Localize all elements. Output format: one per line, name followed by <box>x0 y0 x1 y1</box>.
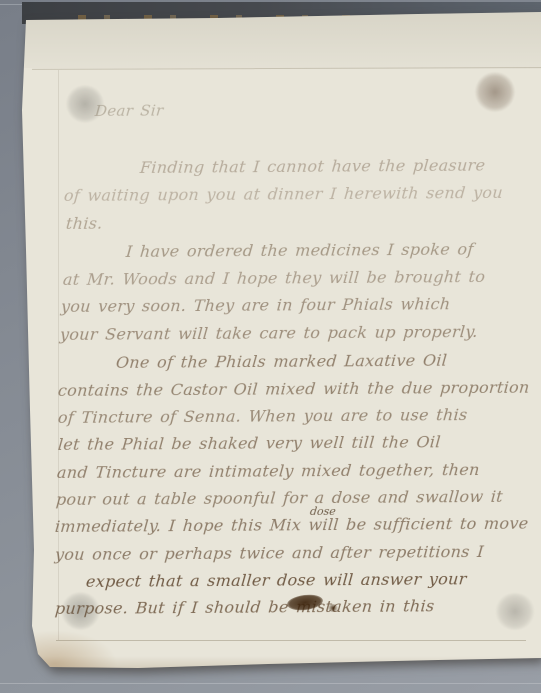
letter-salutation: Dear Sir <box>94 102 164 120</box>
paper-top-shade <box>18 10 541 68</box>
letter-line: of waiting upon you at dinner I herewith… <box>63 183 503 205</box>
letter-line: this. <box>65 214 103 233</box>
letter-line: expect that a smaller dose will answer y… <box>85 569 467 591</box>
letter-line: you very soon. They are in four Phials w… <box>60 294 451 316</box>
letter-page: Dear Sir Finding that I cannot have the … <box>18 10 541 672</box>
letter-line: and Tincture are intimately mixed togeth… <box>56 460 480 482</box>
letter-page-wrap: Dear Sir Finding that I cannot have the … <box>0 0 541 693</box>
letter-line: immediately. I hope this Mix will be suf… <box>54 514 529 536</box>
showthrough-stain <box>475 72 515 112</box>
showthrough-stain <box>495 593 535 630</box>
letter-line: purpose. But if I should be mistaken in … <box>54 596 435 618</box>
letter-line: let the Phial be shaked very well till t… <box>57 432 441 454</box>
ink-blot <box>328 604 338 612</box>
letter-line: contains the Castor Oil mixed with the d… <box>57 378 530 400</box>
letter-line: of Tincture of Senna. When you are to us… <box>57 405 468 427</box>
letter-line: I have ordered the medicines I spoke of <box>125 240 474 261</box>
letter-line: pour out a table spoonful for a dose and… <box>55 487 504 509</box>
horizontal-crease-line <box>56 640 526 641</box>
letter-line: at Mr. Woods and I hope they will be bro… <box>62 267 486 289</box>
inserted-word: dose <box>309 505 336 518</box>
letter-line: Finding that I cannot have the pleasure <box>139 156 486 177</box>
letter-line: your Servant will take care to pack up p… <box>59 322 478 344</box>
manuscript-photo: Dear Sir Finding that I cannot have the … <box>0 0 541 693</box>
letter-line: One of the Phials marked Laxative Oil <box>115 351 448 372</box>
letter-line: you once or perhaps twice and after repe… <box>54 542 484 564</box>
paper-corner-toning <box>28 630 118 672</box>
